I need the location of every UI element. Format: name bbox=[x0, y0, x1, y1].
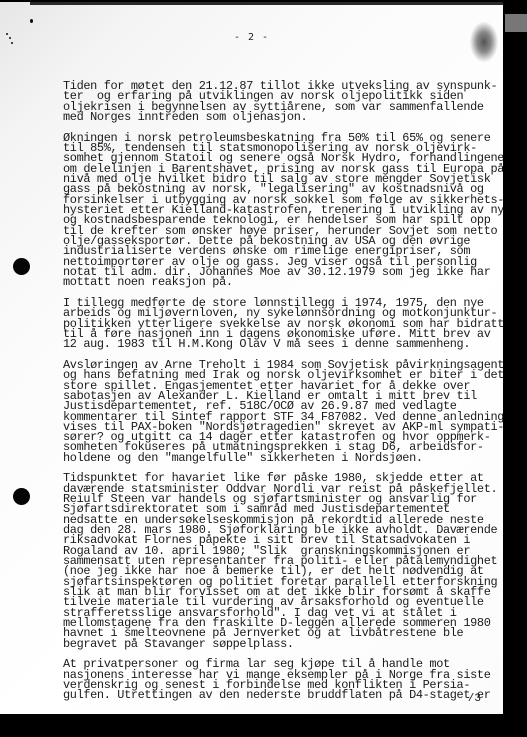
paragraph: Tidspunktet for havariet like før påske … bbox=[63, 473, 503, 649]
paragraph: Økningen i norsk petroleumsbeskatning fr… bbox=[63, 133, 503, 288]
page-number: - 2 - bbox=[0, 32, 503, 43]
paragraph: I tillegg medførte de store lønnstillegg… bbox=[63, 298, 503, 350]
scan-edge bbox=[505, 14, 527, 32]
scan-speck bbox=[30, 19, 33, 23]
paragraph: At privatpersoner og firma lar seg kjøpe… bbox=[63, 659, 503, 700]
document-body: Tiden for møtet den 21.12.87 tillot ikke… bbox=[63, 81, 503, 711]
document-page: - 2 - Tiden for møtet den 21.12.87 tillo… bbox=[0, 2, 503, 714]
punch-hole bbox=[13, 258, 30, 275]
scan-edge bbox=[30, 2, 503, 5]
punch-hole bbox=[13, 488, 30, 505]
text-line: holdene og den "mangelfulle" sikkerheten… bbox=[63, 453, 503, 463]
paragraph: Avsløringen av Arne Treholt i 1984 som S… bbox=[63, 360, 503, 463]
continuation-marker: /3 bbox=[468, 693, 481, 705]
paragraph: Tiden for møtet den 21.12.87 tillot ikke… bbox=[63, 81, 503, 122]
text-line: begravet på Stavanger søppelplass. bbox=[63, 639, 503, 649]
text-line: gulfen. Utrettingen av den nederste brud… bbox=[63, 690, 503, 700]
text-line: 12 aug. 1983 til H.M.Kong Olav V må sees… bbox=[63, 339, 503, 349]
